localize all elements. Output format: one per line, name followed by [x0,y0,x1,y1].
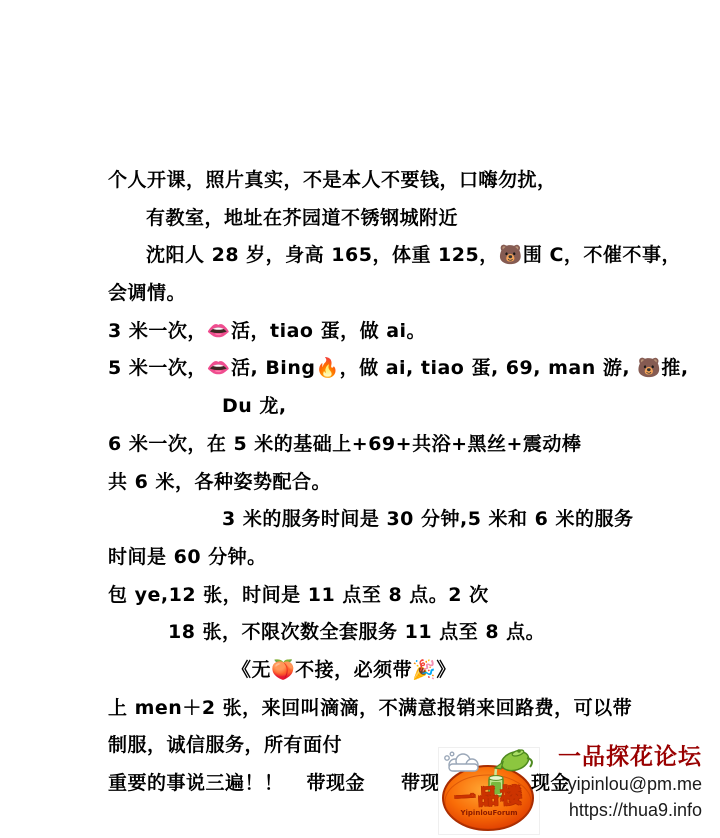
forum-name: 一品探花论坛 [558,744,702,771]
text-line: 6 米一次，在 5 米的基础上+69+共浴+黑丝+震动棒 [108,426,668,464]
document-page: 个人开课，照片真实，不是本人不要钱，口嗨勿扰，有教室，地址在芥园道不锈钢城附近沈… [0,0,720,838]
logo-sub-text: YipinlouForum [439,809,539,817]
text-line: 会调情。 [108,275,668,313]
document-lines: 个人开课，照片真实，不是本人不要钱，口嗨勿扰，有教室，地址在芥园道不锈钢城附近沈… [108,162,668,765]
text-line: 3 米的服务时间是 30 分钟,5 米和 6 米的服务 [108,501,668,539]
text-line: 《无🍑不接，必须带🎉》 [108,652,668,690]
text-line: 18 张，不限次数全套服务 11 点至 8 点。 [108,614,668,652]
text-line: 5 米一次，👄活, Bing🔥，做 ai, tiao 蛋, 69, man 游,… [108,350,668,388]
yipinlou-logo: 一品楼 YipinlouForum [438,747,540,835]
emphasis-text: 重要的事说三遍！！ [108,772,284,794]
text-line: 3 米一次，👄活，tiao 蛋，做 ai。 [108,313,668,351]
cloud-icon [445,752,478,771]
text-line: 上 men＋2 张，来回叫滴滴，不满意报销来回路费，可以带 [108,690,668,728]
cash-label-2: 带现 [401,772,440,794]
forum-email: yipinlou@pm.me [558,771,702,797]
text-line: 共 6 米，各种姿势配合。 [108,464,668,502]
text-line: Du 龙, [108,388,668,426]
text-line: 包 ye,12 张，时间是 11 点至 8 点。2 次 [108,577,668,615]
text-line: 个人开课，照片真实，不是本人不要钱，口嗨勿扰， [108,162,668,200]
text-line: 时间是 60 分钟。 [108,539,668,577]
text-line: 沈阳人 28 岁，身高 165，体重 125，🐻围 C，不催不事， [108,237,668,275]
forum-url: https://thua9.info [558,797,702,823]
cash-label-3: 现金 [531,765,570,803]
watermark-block: 一品探花论坛 yipinlou@pm.me https://thua9.info [558,744,702,823]
text-line: 有教室，地址在芥园道不锈钢城附近 [108,200,668,238]
cash-label-1: 带现金 [307,772,366,794]
cash-reminder-line: 重要的事说三遍！！带现金带现 [108,765,440,803]
